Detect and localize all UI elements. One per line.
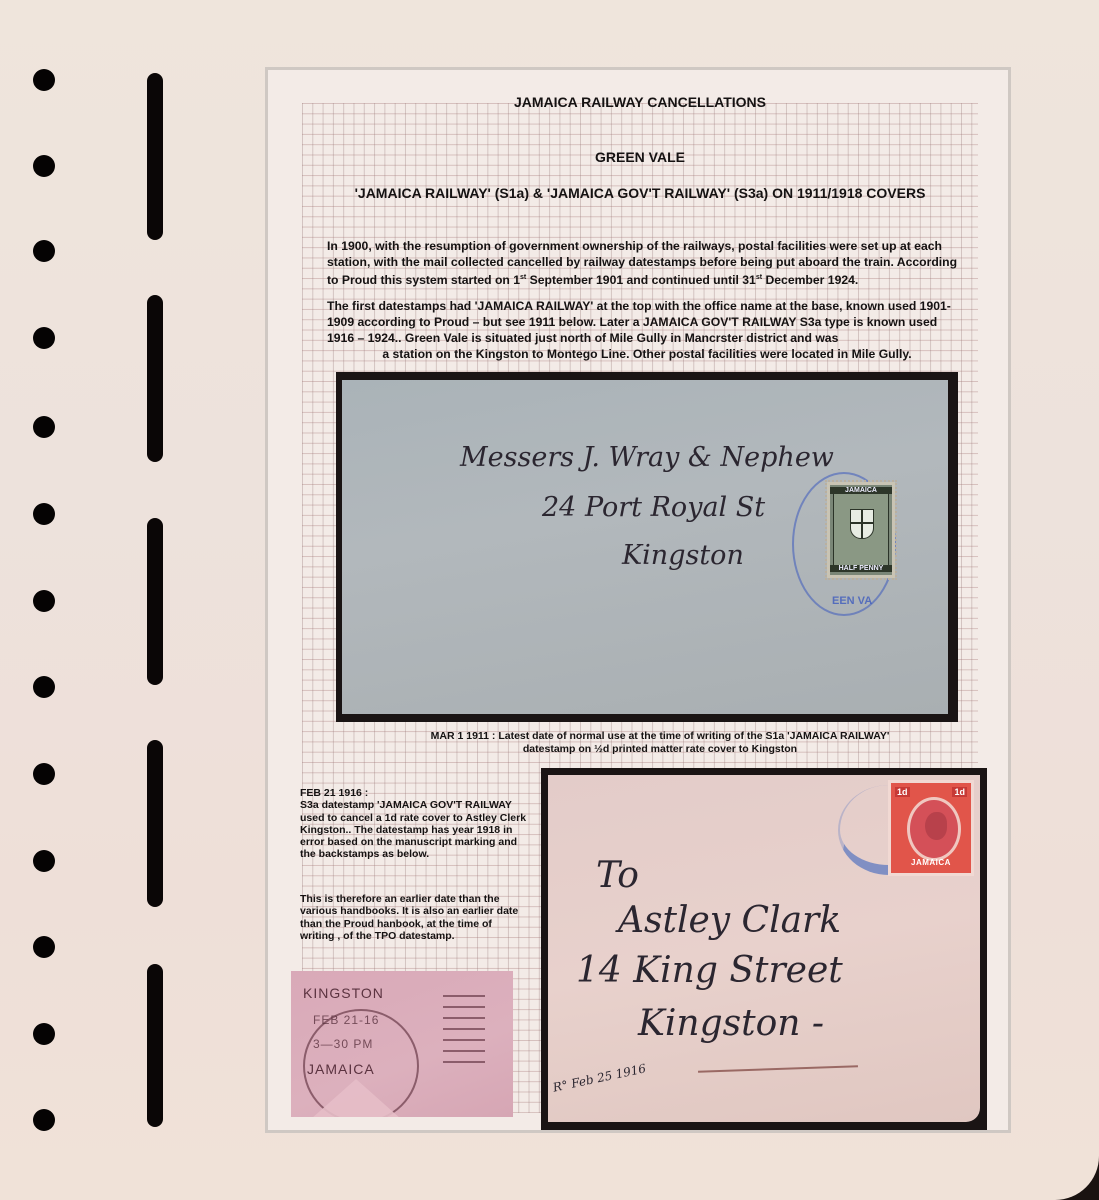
page-subtitle: GREEN VALE <box>302 149 978 165</box>
intro-paragraph: In 1900, with the resumption of governme… <box>327 238 967 288</box>
binder-hole <box>33 850 55 872</box>
note-earlier-date: This is therefore an earlier date than t… <box>300 893 528 942</box>
binder-hole <box>33 327 55 349</box>
binder-hole <box>33 240 55 262</box>
king-portrait-icon <box>925 812 947 840</box>
cover-1916: 1d 1d JAMAICA To Astley Clark 14 King St… <box>548 775 980 1122</box>
address-line: To <box>596 855 639 896</box>
album-page: JAMAICA RAILWAY CANCELLATIONS GREEN VALE… <box>0 0 1099 1200</box>
kingston-backstamp: KINGSTON FEB 21-16 3—30 PM JAMAICA <box>291 971 513 1117</box>
postmark-office: EEN VA <box>832 594 872 608</box>
binder-hole <box>33 503 55 525</box>
binder-slot <box>147 518 163 685</box>
one-penny-stamp: 1d 1d JAMAICA <box>888 780 974 876</box>
envelope-flap <box>311 1079 401 1117</box>
binder-slot <box>147 295 163 462</box>
binder-slot <box>147 740 163 907</box>
binder-hole <box>33 936 55 958</box>
address-line: Kingston - <box>638 1003 824 1044</box>
section-heading: 'JAMAICA RAILWAY' (S1a) & 'JAMAICA GOV'T… <box>302 185 978 201</box>
binder-slot <box>147 964 163 1127</box>
binder-hole <box>33 590 55 612</box>
page-title: JAMAICA RAILWAY CANCELLATIONS <box>302 94 978 110</box>
address-line: Messers J. Wray & Nephew <box>460 442 834 473</box>
binder-hole <box>33 763 55 785</box>
binder-hole <box>33 1109 55 1131</box>
halfpenny-stamp: JAMAICA HALF PENNY <box>827 482 895 578</box>
note-feb-1916: FEB 21 1916 : S3a datestamp 'JAMAICA GOV… <box>300 787 528 861</box>
manuscript-note: R° Feb 25 1916 <box>552 1061 648 1094</box>
address-line: 14 King Street <box>576 950 843 991</box>
binder-hole <box>33 676 55 698</box>
address-line: Astley Clark <box>618 900 841 941</box>
machine-cancel-lines <box>443 995 485 1072</box>
cover-1911-caption: MAR 1 1911 : Latest date of normal use a… <box>380 730 940 756</box>
datestamp-paragraph: The first datestamps had 'JAMAICA RAILWA… <box>327 298 967 362</box>
cover-1911: Messers J. Wray & Nephew 24 Port Royal S… <box>342 380 948 714</box>
address-line: 24 Port Royal St <box>542 492 765 523</box>
binder-hole <box>33 155 55 177</box>
address-underline <box>698 1065 858 1073</box>
binder-hole <box>33 69 55 91</box>
binder-hole <box>33 416 55 438</box>
binder-slot <box>147 73 163 240</box>
binder-hole <box>33 1023 55 1045</box>
address-line: Kingston <box>622 540 744 571</box>
coat-of-arms-icon <box>850 509 874 539</box>
